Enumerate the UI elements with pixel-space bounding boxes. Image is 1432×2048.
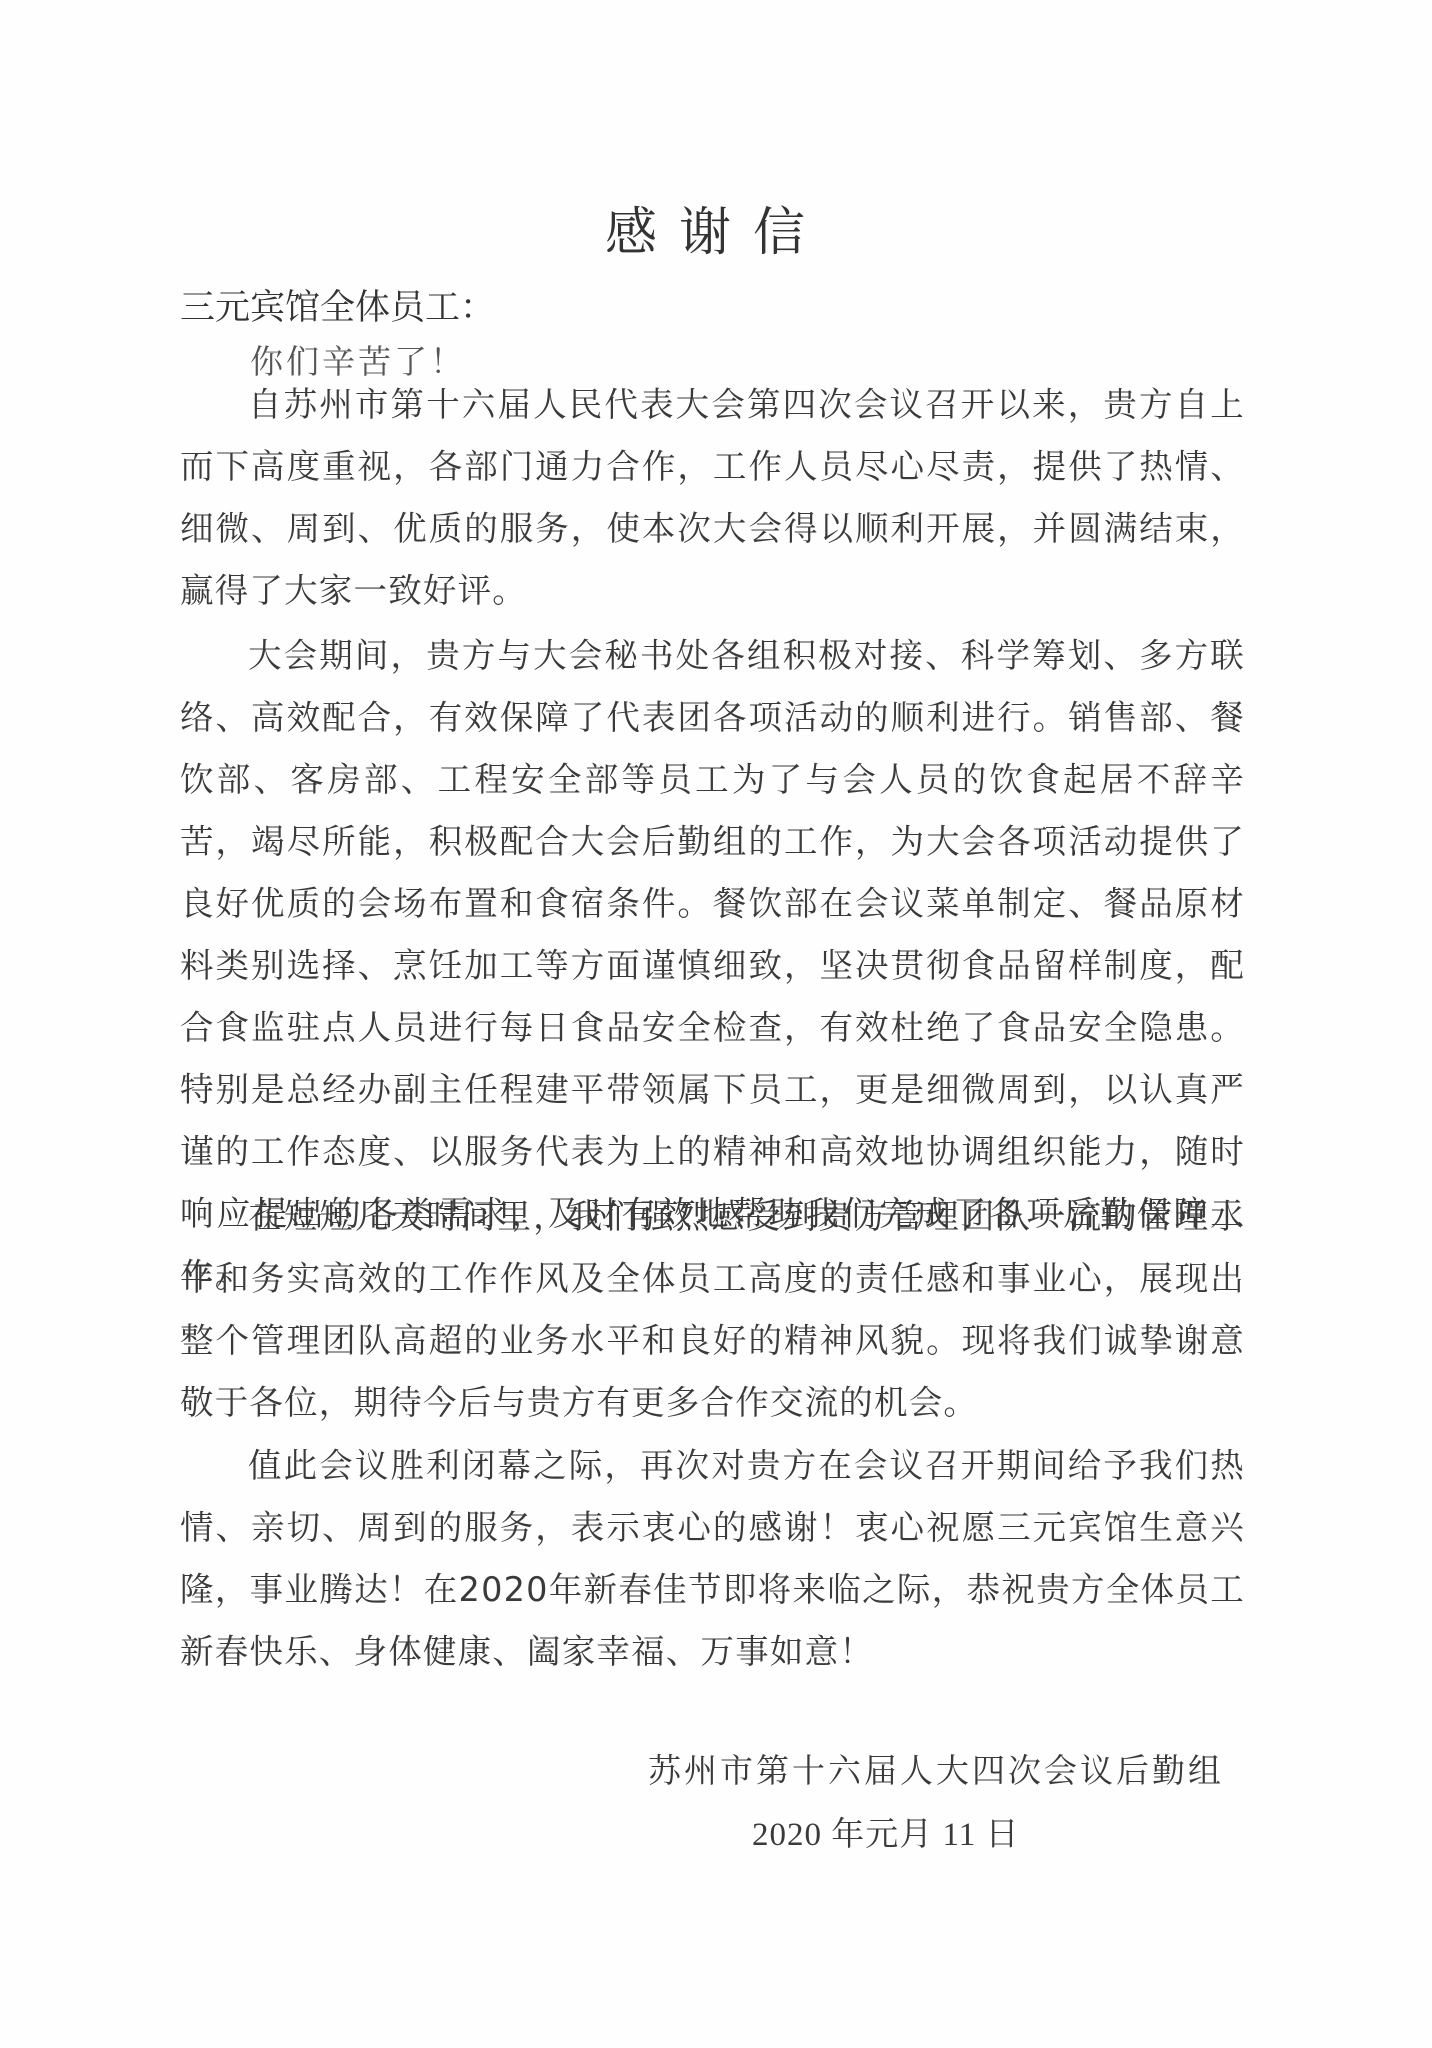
- body-paragraph-3: 在短短几天时间里，我们强烈感受到贵方管理团队一流的管理水平和务实高效的工作作风及…: [180, 1186, 1245, 1434]
- signature-organization: 苏州市第十六届人大四次会议后勤组: [648, 1745, 1224, 1792]
- letter-title: 感谢信: [0, 190, 1432, 265]
- letter-salutation: 三元宾馆全体员工：: [180, 280, 495, 330]
- letter-page: 感谢信 三元宾馆全体员工： 你们辛苦了！ 自苏州市第十六届人民代表大会第四次会议…: [0, 0, 1432, 2048]
- body-paragraph-1: 自苏州市第十六届人民代表大会第四次会议召开以来，贵方自上而下高度重视，各部门通力…: [180, 374, 1245, 622]
- body-paragraph-4: 值此会议胜利闭幕之际，再次对贵方在会议召开期间给予我们热情、亲切、周到的服务，表…: [180, 1435, 1245, 1683]
- signature-date: 2020 年元月 11 日: [752, 1808, 1020, 1855]
